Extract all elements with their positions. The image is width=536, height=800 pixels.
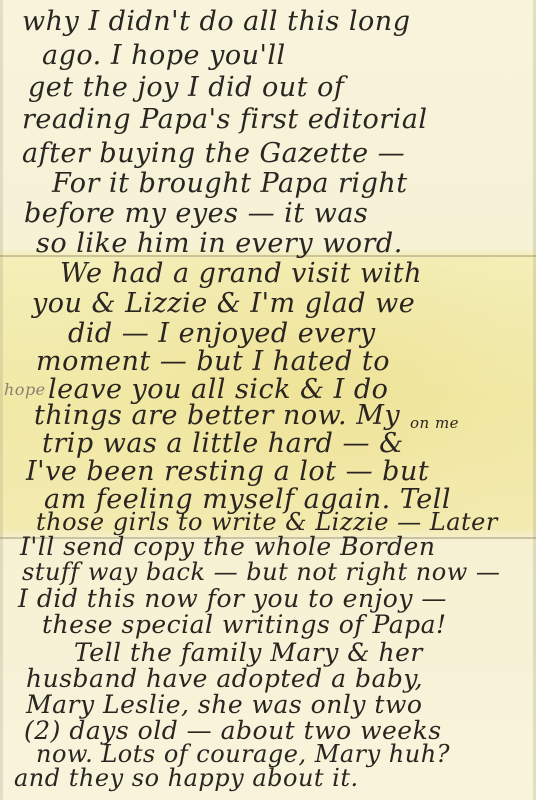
letter-line: things are better now. My bbox=[34, 400, 400, 431]
letter-line: did — I enjoyed every bbox=[68, 318, 376, 349]
letter-line: get the joy I did out of bbox=[28, 72, 344, 103]
letter-line: trip was a little hard — & bbox=[42, 428, 404, 459]
letter-line: For it brought Papa right bbox=[52, 168, 408, 199]
letter-line: reading Papa's first editorial bbox=[22, 104, 428, 135]
letter-page: why I didn't do all this long ago. I hop… bbox=[0, 0, 536, 800]
letter-line: stuff way back — but not right now — bbox=[22, 558, 500, 586]
letter-line: ago. I hope you'll bbox=[42, 40, 286, 71]
interlinear-insert: on me bbox=[410, 414, 459, 432]
letter-line: you & Lizzie & I'm glad we bbox=[32, 288, 415, 319]
letter-line: after buying the Gazette — bbox=[22, 138, 405, 169]
letter-line: Mary Leslie, she was only two bbox=[26, 690, 422, 719]
letter-line: Tell the family Mary & her bbox=[74, 638, 423, 667]
letter-line: moment — but I hated to bbox=[36, 346, 390, 377]
letter-line: husband have adopted a baby, bbox=[26, 664, 423, 693]
letter-line: these special writings of Papa! bbox=[42, 610, 447, 639]
letter-line: and they so happy about it. bbox=[14, 764, 359, 792]
letter-line: so like him in every word. bbox=[36, 228, 403, 259]
letter-line: I've been resting a lot — but bbox=[26, 456, 429, 487]
letter-line: We had a grand visit with bbox=[60, 258, 422, 289]
paper-edge-left bbox=[0, 0, 3, 800]
letter-line: I'll send copy the whole Borden bbox=[20, 532, 435, 561]
letter-line: before my eyes — it was bbox=[24, 198, 368, 229]
letter-line: why I didn't do all this long bbox=[22, 6, 410, 37]
margin-note: hope bbox=[4, 380, 46, 399]
letter-line: I did this now for you to enjoy — bbox=[18, 584, 447, 613]
